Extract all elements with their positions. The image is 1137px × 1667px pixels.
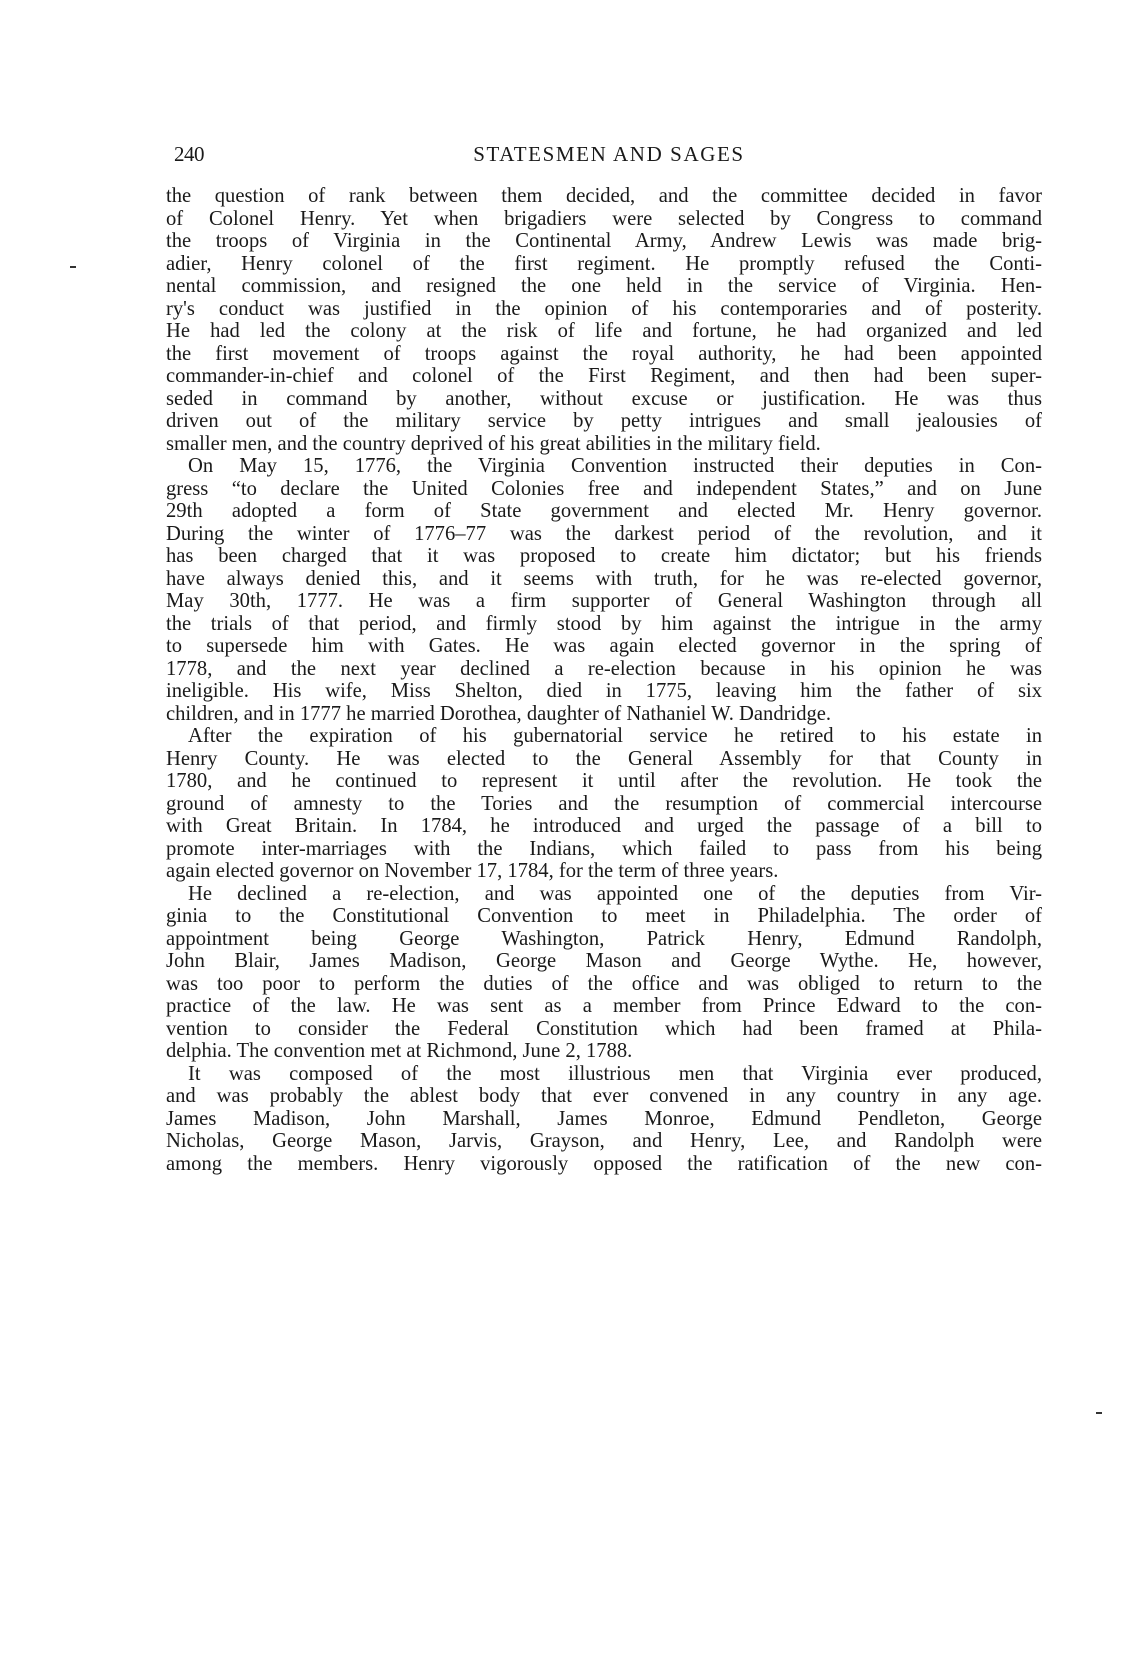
text-line: May 30th, 1777. He was a firm supporter …: [166, 590, 1042, 613]
paragraph: It was composed of the most illustrious …: [166, 1063, 1042, 1176]
text-line: again elected governor on November 17, 1…: [166, 860, 1042, 883]
text-line: ginia to the Constitutional Convention t…: [166, 905, 1042, 928]
text-line: promote inter-marriages with the Indians…: [166, 838, 1042, 861]
text-line: vention to consider the Federal Constitu…: [166, 1018, 1042, 1041]
text-line: On May 15, 1776, the Virginia Convention…: [166, 455, 1042, 478]
text-line: practice of the law. He was sent as a me…: [166, 995, 1042, 1018]
text-line: has been charged that it was proposed to…: [166, 545, 1042, 568]
body-text: the question of rank between them decide…: [166, 185, 1042, 1175]
text-line: with Great Britain. In 1784, he introduc…: [166, 815, 1042, 838]
text-line: adier, Henry colonel of the first regime…: [166, 253, 1042, 276]
text-line: have always denied this, and it seems wi…: [166, 568, 1042, 591]
text-line: After the expiration of his gubernatoria…: [166, 725, 1042, 748]
scan-speck: [70, 266, 76, 268]
text-line: of Colonel Henry. Yet when brigadiers we…: [166, 208, 1042, 231]
running-title: STATESMEN AND SAGES: [166, 140, 1042, 168]
paragraph: After the expiration of his gubernatoria…: [166, 725, 1042, 883]
paragraph: the question of rank between them decide…: [166, 185, 1042, 455]
text-line: ry's conduct was justified in the opinio…: [166, 298, 1042, 321]
text-line: 1778, and the next year declined a re-el…: [166, 658, 1042, 681]
text-line: smaller men, and the country deprived of…: [166, 433, 1042, 456]
text-line: He had led the colony at the risk of lif…: [166, 320, 1042, 343]
text-line: appointment being George Washington, Pat…: [166, 928, 1042, 951]
text-line: driven out of the military service by pe…: [166, 410, 1042, 433]
text-line: It was composed of the most illustrious …: [166, 1063, 1042, 1086]
text-line: seded in command by another, without exc…: [166, 388, 1042, 411]
running-head: 240 STATESMEN AND SAGES: [166, 140, 1042, 168]
text-line: ineligible. His wife, Miss Shelton, died…: [166, 680, 1042, 703]
paragraph: He declined a re-election, and was appoi…: [166, 883, 1042, 1063]
text-line: the question of rank between them decide…: [166, 185, 1042, 208]
text-line: was too poor to perform the duties of th…: [166, 973, 1042, 996]
text-line: He declined a re-election, and was appoi…: [166, 883, 1042, 906]
text-line: John Blair, James Madison, George Mason …: [166, 950, 1042, 973]
text-line: the trials of that period, and firmly st…: [166, 613, 1042, 636]
text-line: and was probably the ablest body that ev…: [166, 1085, 1042, 1108]
text-line: among the members. Henry vigorously oppo…: [166, 1153, 1042, 1176]
text-line: children, and in 1777 he married Dorothe…: [166, 703, 1042, 726]
text-line: the troops of Virginia in the Continenta…: [166, 230, 1042, 253]
text-line: 1780, and he continued to represent it u…: [166, 770, 1042, 793]
paragraph: On May 15, 1776, the Virginia Convention…: [166, 455, 1042, 725]
text-line: nental commission, and resigned the one …: [166, 275, 1042, 298]
text-line: delphia. The convention met at Richmond,…: [166, 1040, 1042, 1063]
text-line: the first movement of troops against the…: [166, 343, 1042, 366]
text-line: to supersede him with Gates. He was agai…: [166, 635, 1042, 658]
scan-speck: [1096, 1412, 1102, 1414]
text-line: During the winter of 1776–77 was the dar…: [166, 523, 1042, 546]
text-line: commander-in-chief and colonel of the Fi…: [166, 365, 1042, 388]
text-line: 29th adopted a form of State government …: [166, 500, 1042, 523]
text-line: James Madison, John Marshall, James Monr…: [166, 1108, 1042, 1131]
text-line: ground of amnesty to the Tories and the …: [166, 793, 1042, 816]
text-line: Nicholas, George Mason, Jarvis, Grayson,…: [166, 1130, 1042, 1153]
book-page: 240 STATESMEN AND SAGES the question of …: [0, 0, 1137, 1667]
text-line: Henry County. He was elected to the Gene…: [166, 748, 1042, 771]
text-line: gress “to declare the United Colonies fr…: [166, 478, 1042, 501]
